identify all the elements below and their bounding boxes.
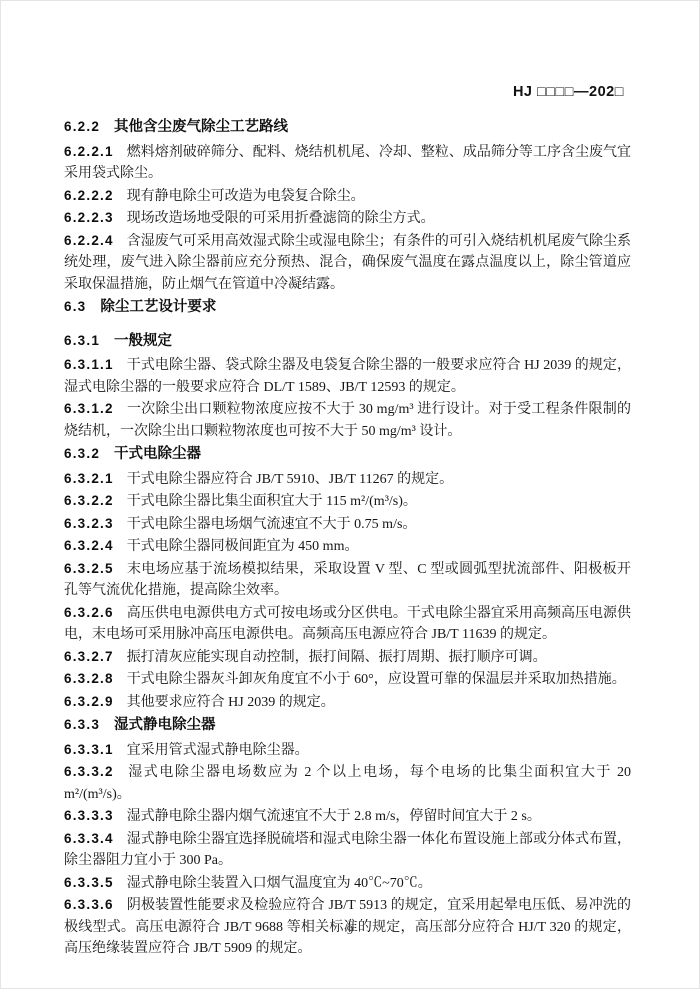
clause-text: 湿式静电除尘器内烟气流速宜不大于 2.8 m/s，停留时间宜大于 2 s。 xyxy=(127,809,541,824)
clause-number: 6.3.3.6 xyxy=(64,897,114,912)
document-page: HJ □□□□—202□ 6.2.2其他含尘废气除尘工艺路线 6.2.2.1燃料… xyxy=(0,0,700,989)
clause-text: 湿式静电除尘装置入口烟气温度宜为 40℃~70℃。 xyxy=(127,876,432,891)
clause-6-3-1-1: 6.3.1.1干式电除尘器、袋式除尘器及电袋复合除尘器的一般要求应符合 HJ 2… xyxy=(64,354,631,398)
clause-number: 6.3.2.7 xyxy=(64,649,114,664)
section-heading-6-2-2: 6.2.2其他含尘废气除尘工艺路线 xyxy=(64,116,631,139)
clause-number: 6.3.3.5 xyxy=(64,875,114,890)
clause-6-3-2-1: 6.3.2.1干式电除尘器应符合 JB/T 5910、JB/T 11267 的规… xyxy=(64,468,631,491)
clause-6-3-2-5: 6.3.2.5末电场应基于流场模拟结果，采取设置 V 型、C 型或圆弧型扰流部件… xyxy=(64,558,631,602)
clause-number: 6.3.2.1 xyxy=(64,471,114,486)
clause-6-3-3-5: 6.3.3.5湿式静电除尘装置入口烟气温度宜为 40℃~70℃。 xyxy=(64,872,631,895)
clause-text: 末电场应基于流场模拟结果，采取设置 V 型、C 型或圆弧型扰流部件、阳极板开孔等… xyxy=(64,562,631,599)
clause-6-3-3-1: 6.3.3.1宜采用管式湿式静电除尘器。 xyxy=(64,739,631,762)
clause-6-3-2-9: 6.3.2.9其他要求应符合 HJ 2039 的规定。 xyxy=(64,691,631,714)
clause-text: 一次除尘出口颗粒物浓度应按不大于 30 mg/m³ 进行设计。对于受工程条件限制… xyxy=(64,402,631,439)
heading-title: 除尘工艺设计要求 xyxy=(100,299,216,315)
clause-text: 干式电除尘器、袋式除尘器及电袋复合除尘器的一般要求应符合 HJ 2039 的规定… xyxy=(64,358,631,395)
clause-text: 其他要求应符合 HJ 2039 的规定。 xyxy=(127,695,335,710)
heading-number: 6.3.1 xyxy=(64,333,100,348)
section-heading-6-3-3: 6.3.3湿式静电除尘器 xyxy=(64,714,631,737)
clause-number: 6.3.3.2 xyxy=(64,764,114,779)
clause-6-3-2-8: 6.3.2.8干式电除尘器灰斗卸灰角度宜不小于 60°，应设置可靠的保温层并采取… xyxy=(64,668,631,691)
clause-text: 含湿废气可采用高效湿式除尘或湿电除尘；有条件的可引入烧结机机尾废气除尘系统处理，… xyxy=(64,234,631,292)
clause-6-2-2-3: 6.2.2.3现场改造场地受限的可采用折叠滤筒的除尘方式。 xyxy=(64,207,631,230)
clause-number: 6.3.2.4 xyxy=(64,538,114,553)
clause-text: 燃料熔剂破碎筛分、配料、烧结机机尾、冷却、整粒、成品筛分等工序含尘废气宜采用袋式… xyxy=(64,145,631,182)
clause-6-2-2-4: 6.2.2.4含湿废气可采用高效湿式除尘或湿电除尘；有条件的可引入烧结机机尾废气… xyxy=(64,230,631,296)
clause-number: 6.2.2.4 xyxy=(64,233,114,248)
section-heading-6-3-1: 6.3.1一般规定 xyxy=(64,330,631,353)
clause-6-3-3-3: 6.3.3.3湿式静电除尘器内烟气流速宜不大于 2.8 m/s，停留时间宜大于 … xyxy=(64,805,631,828)
clause-text: 现有静电除尘可改造为电袋复合除尘。 xyxy=(127,189,365,204)
clause-text: 湿式静电除尘器宜选择脱硫塔和湿式电除尘器一体化布置设施上部或分体式布置，除尘器阻… xyxy=(64,832,631,869)
clause-text: 干式电除尘器同极间距宜为 450 mm。 xyxy=(127,539,359,554)
clause-number: 6.3.3.3 xyxy=(64,808,114,823)
clause-6-3-2-6: 6.3.2.6高压供电电源供电方式可按电场或分区供电。干式电除尘器宜采用高频高压… xyxy=(64,602,631,646)
clause-6-3-2-7: 6.3.2.7振打清灰应能实现自动控制，振打间隔、振打周期、振打顺序可调。 xyxy=(64,646,631,669)
clause-number: 6.3.1.2 xyxy=(64,401,114,416)
clause-text: 干式电除尘器比集尘面积宜大于 115 m²/(m³/s)。 xyxy=(127,494,417,509)
clause-text: 干式电除尘器应符合 JB/T 5910、JB/T 11267 的规定。 xyxy=(127,472,453,487)
clause-number: 6.2.2.1 xyxy=(64,144,114,159)
clause-number: 6.3.2.5 xyxy=(64,561,114,576)
heading-title: 其他含尘废气除尘工艺路线 xyxy=(114,119,288,135)
clause-number: 6.3.2.8 xyxy=(64,671,114,686)
clause-text: 高压供电电源供电方式可按电场或分区供电。干式电除尘器宜采用高频高压电源供电，末电… xyxy=(64,606,631,643)
clause-number: 6.3.2.6 xyxy=(64,605,114,620)
clause-number: 6.3.2.3 xyxy=(64,516,114,531)
heading-number: 6.3.2 xyxy=(64,446,100,461)
clause-text: 振打清灰应能实现自动控制，振打间隔、振打周期、振打顺序可调。 xyxy=(127,650,547,665)
section-heading-6-3-2: 6.3.2干式电除尘器 xyxy=(64,443,631,466)
document-code-header: HJ □□□□—202□ xyxy=(513,84,624,100)
heading-number: 6.2.2 xyxy=(64,119,100,134)
clause-6-3-3-4: 6.3.3.4湿式静电除尘器宜选择脱硫塔和湿式电除尘器一体化布置设施上部或分体式… xyxy=(64,828,631,872)
section-heading-6-3: 6.3除尘工艺设计要求 xyxy=(64,296,631,319)
clause-text: 现场改造场地受限的可采用折叠滤筒的除尘方式。 xyxy=(127,211,435,226)
heading-title: 湿式静电除尘器 xyxy=(114,717,216,733)
document-body: 6.2.2其他含尘废气除尘工艺路线 6.2.2.1燃料熔剂破碎筛分、配料、烧结机… xyxy=(64,115,631,960)
clause-text: 干式电除尘器灰斗卸灰角度宜不小于 60°，应设置可靠的保温层并采取加热措施。 xyxy=(127,672,626,687)
clause-text: 干式电除尘器电场烟气流速宜不大于 0.75 m/s。 xyxy=(127,517,417,532)
clause-6-2-2-2: 6.2.2.2现有静电除尘可改造为电袋复合除尘。 xyxy=(64,185,631,208)
page-number: 9 xyxy=(1,922,699,938)
clause-number: 6.3.3.4 xyxy=(64,831,114,846)
heading-title: 干式电除尘器 xyxy=(114,446,201,462)
clause-6-3-3-2: 6.3.3.2湿式电除尘器电场数应为 2 个以上电场，每个电场的比集尘面积宜大于… xyxy=(64,761,631,805)
clause-6-3-2-2: 6.3.2.2干式电除尘器比集尘面积宜大于 115 m²/(m³/s)。 xyxy=(64,490,631,513)
clause-6-3-2-3: 6.3.2.3干式电除尘器电场烟气流速宜不大于 0.75 m/s。 xyxy=(64,513,631,536)
heading-number: 6.3 xyxy=(64,299,86,314)
clause-text: 宜采用管式湿式静电除尘器。 xyxy=(127,743,309,758)
clause-number: 6.3.1.1 xyxy=(64,357,114,372)
clause-6-3-2-4: 6.3.2.4干式电除尘器同极间距宜为 450 mm。 xyxy=(64,535,631,558)
heading-number: 6.3.3 xyxy=(64,717,100,732)
clause-number: 6.3.3.1 xyxy=(64,742,114,757)
clause-text: 湿式电除尘器电场数应为 2 个以上电场，每个电场的比集尘面积宜大于 20 m²/… xyxy=(64,765,631,802)
clause-6-3-1-2: 6.3.1.2一次除尘出口颗粒物浓度应按不大于 30 mg/m³ 进行设计。对于… xyxy=(64,398,631,442)
clause-6-2-2-1: 6.2.2.1燃料熔剂破碎筛分、配料、烧结机机尾、冷却、整粒、成品筛分等工序含尘… xyxy=(64,141,631,185)
clause-number: 6.2.2.2 xyxy=(64,188,114,203)
heading-title: 一般规定 xyxy=(114,333,172,349)
clause-number: 6.2.2.3 xyxy=(64,210,114,225)
clause-number: 6.3.2.2 xyxy=(64,493,114,508)
clause-number: 6.3.2.9 xyxy=(64,694,114,709)
